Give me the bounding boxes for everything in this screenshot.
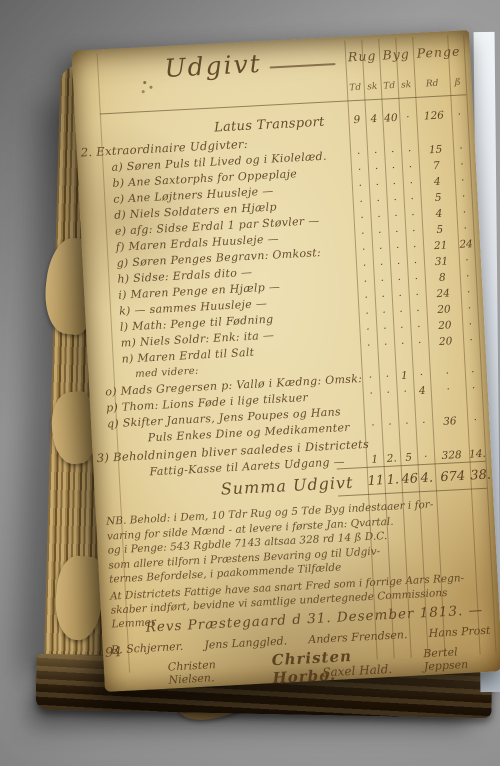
value-cell: · (401, 145, 419, 158)
value-cell: · (388, 226, 406, 239)
value-cell: · (355, 243, 373, 256)
value-cell: · (364, 419, 382, 432)
value-cell: · (408, 289, 426, 302)
value-cell: · (410, 321, 428, 334)
value-cell: 38. (470, 467, 487, 483)
signature: Hans Prost (428, 624, 490, 640)
value-cell: · (403, 177, 421, 190)
value-cell: · (467, 414, 484, 427)
value-cell: · (460, 286, 477, 299)
value-cell: · (454, 158, 471, 171)
value-cell: · (352, 195, 370, 208)
value-cell: 5 (420, 191, 456, 205)
page-title: Udgivt (164, 45, 337, 83)
value-cell: 8 (425, 271, 461, 285)
value-cell: · (386, 194, 404, 207)
value-cell: 20 (426, 303, 462, 317)
value-cell: · (374, 290, 392, 303)
value-cell: 36 (432, 415, 468, 429)
value-cell: · (367, 147, 385, 160)
value-cell: · (457, 222, 474, 235)
column-sub-label: sk (364, 82, 382, 93)
value-cell (452, 132, 468, 133)
value-cell: 21 (423, 239, 459, 253)
value-cell (400, 135, 417, 136)
ink-specks (143, 81, 146, 84)
value-cell: · (384, 146, 402, 159)
value-cell: 4 (420, 175, 456, 189)
value-cell: · (409, 305, 427, 318)
value-cell: · (385, 162, 403, 175)
value-cell: · (386, 178, 404, 191)
column-sub-label: ß (449, 77, 466, 88)
value-cell: 14. (469, 448, 486, 461)
value-cell: · (398, 417, 416, 430)
value-cell (395, 359, 412, 360)
value-cell: · (390, 258, 408, 271)
value-cell: · (430, 367, 466, 381)
value-cell: · (362, 371, 380, 384)
column-group-label: Byg (379, 46, 414, 63)
value-cell (383, 136, 400, 137)
value-cell: 4. (418, 470, 436, 486)
column-group-label: Penge (413, 43, 465, 61)
ledger-rows: Latus Transport9440·126·2. Extraordinair… (79, 106, 486, 508)
value-cell: · (465, 366, 482, 379)
value-cell: 1. (384, 472, 402, 488)
value-cell (349, 138, 366, 139)
value-cell: · (359, 323, 377, 336)
column-headers: RugBygPenge (345, 43, 465, 64)
column-sub-label: Rd (414, 78, 449, 90)
value-cell: · (403, 193, 421, 206)
value-cell: 1 (396, 369, 414, 382)
value-cell (400, 441, 417, 442)
value-cell: · (387, 210, 405, 223)
value-cell (432, 405, 467, 407)
value-cell: 674 (435, 468, 471, 485)
value-cell: 24 (458, 238, 475, 251)
page-content: Udgivt RugBygPenge TdskTdskRdß Latus Tra… (71, 30, 500, 692)
ledger-page: Udgivt RugBygPenge TdskTdskRdß Latus Tra… (71, 30, 500, 692)
value-cell (398, 407, 415, 408)
value-cell: · (463, 334, 480, 347)
value-cell: 1 (366, 453, 384, 466)
value-cell: 11 (367, 473, 385, 489)
value-cell: · (375, 306, 393, 319)
value-cell: · (357, 291, 375, 304)
value-cell (467, 404, 483, 405)
value-cell: · (404, 209, 422, 222)
value-cell: · (451, 108, 468, 121)
value-cell: · (461, 302, 478, 315)
value-cell: 2. (383, 452, 401, 465)
value-cell: · (392, 306, 410, 319)
value-cell: 4 (413, 385, 431, 398)
value-cell (383, 442, 400, 443)
value-cell: · (396, 385, 414, 398)
value-cell: · (402, 161, 420, 174)
value-cell: · (393, 322, 411, 335)
value-cell: · (391, 290, 409, 303)
value-cell (434, 439, 469, 441)
value-cell: 5 (422, 223, 458, 237)
value-cell: · (411, 337, 429, 350)
value-cell: · (417, 450, 435, 463)
value-cell: · (369, 195, 387, 208)
column-group-label: Rug (345, 48, 380, 65)
title-flourish (270, 63, 336, 68)
value-cell: · (350, 148, 368, 161)
value-cell: · (373, 258, 391, 271)
value-cell: 328 (434, 449, 470, 463)
value-cell: · (376, 322, 394, 335)
value-cell: · (462, 318, 479, 331)
value-cell: · (374, 274, 392, 287)
value-cell (361, 361, 378, 362)
value-cell (412, 359, 429, 360)
value-cell: 40 (382, 112, 400, 125)
value-cell: 15 (418, 143, 454, 157)
value-cell (366, 137, 383, 138)
value-cell: 20 (428, 335, 464, 349)
value-cell: · (460, 270, 477, 283)
value-cell: · (358, 307, 376, 320)
column-subheaders: TdskTdskRdß (347, 77, 466, 93)
value-cell (381, 408, 398, 409)
value-cell: · (354, 227, 372, 240)
value-cell: · (369, 179, 387, 192)
value-cell: · (379, 386, 397, 399)
column-sub-label: sk (397, 80, 415, 91)
value-cell: · (459, 254, 476, 267)
value-cell: · (353, 211, 371, 224)
value-cell: · (352, 179, 370, 192)
value-cell (464, 356, 480, 357)
value-cell: · (363, 387, 381, 400)
signature: Christen Nielsen. (168, 656, 257, 687)
value-cell: · (391, 274, 409, 287)
value-cell: 4 (365, 113, 383, 126)
value-cell: · (370, 211, 388, 224)
value-cell: 7 (419, 159, 455, 173)
value-cell: · (455, 190, 472, 203)
value-cell: · (399, 111, 417, 124)
value-cell: · (465, 382, 482, 395)
value-cell: 20 (427, 319, 463, 333)
value-cell: · (405, 225, 423, 238)
value-cell: · (372, 243, 390, 256)
value-cell (415, 406, 432, 407)
value-cell: · (394, 337, 412, 350)
page-title-text: Udgivt (164, 49, 263, 83)
value-cell: · (454, 174, 471, 187)
value-cell (378, 360, 395, 361)
value-cell: · (406, 241, 424, 254)
value-cell: · (351, 164, 369, 177)
value-cell: · (389, 242, 407, 255)
column-sub-label: Td (381, 81, 399, 92)
value-cell: 126 (416, 109, 452, 123)
value-cell: · (368, 163, 386, 176)
value-cell: · (408, 273, 426, 286)
value-cell: 9 (348, 114, 366, 127)
value-cell: · (413, 369, 431, 382)
value-cell: · (456, 206, 473, 219)
value-cell: · (356, 259, 374, 272)
value-cell: · (371, 227, 389, 240)
value-cell: 5 (400, 451, 418, 464)
value-cell: 4 (421, 207, 457, 221)
value-cell (468, 438, 484, 439)
value-cell: · (379, 370, 397, 383)
value-cell (417, 133, 452, 135)
photo-of-ledger-book: Udgivt RugBygPenge TdskTdskRdß Latus Tra… (0, 0, 500, 766)
value-cell: · (360, 339, 378, 352)
column-sub-label: Td (347, 83, 365, 94)
value-cell: · (430, 383, 466, 397)
value-cell: 24 (425, 287, 461, 301)
value-cell: · (415, 416, 433, 429)
value-cell (429, 357, 464, 359)
signature: Jens Langgled. (204, 634, 287, 651)
value-cell: 31 (424, 255, 460, 269)
page-number: 94 (105, 645, 122, 661)
value-cell: · (453, 142, 470, 155)
signature: Bertel Jeppsen (423, 643, 498, 673)
value-cell: 46 (401, 471, 419, 487)
value-cell (417, 440, 434, 441)
value-cell: · (407, 257, 425, 270)
value-cell (364, 409, 381, 410)
value-cell: · (381, 418, 399, 431)
value-cell: · (357, 275, 375, 288)
value-cell: · (377, 338, 395, 351)
